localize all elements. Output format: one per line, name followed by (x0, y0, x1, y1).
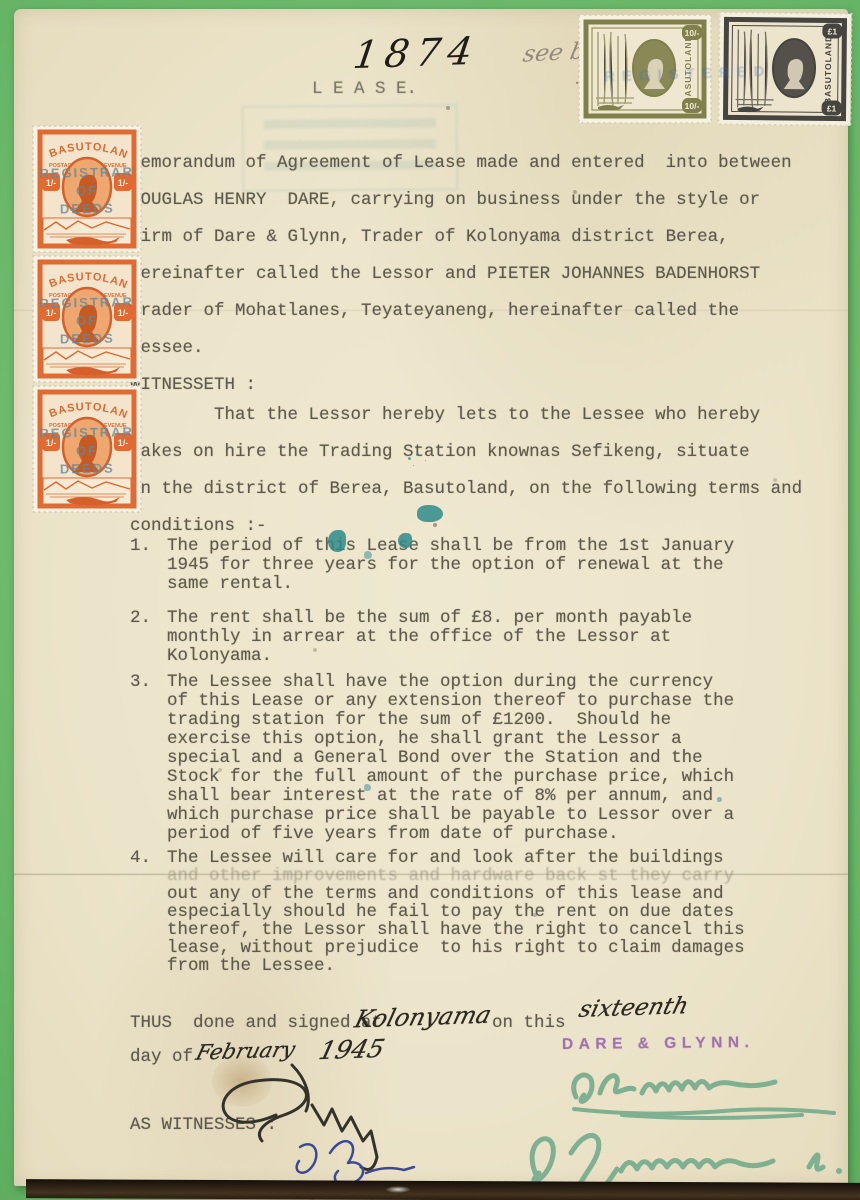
typed-line: lease, without prejudice to his right to… (167, 939, 745, 957)
clause-3: 3. The Lessee shall have the option duri… (130, 673, 734, 844)
revenue-stamp-strip: BASUTOLAND POSTAGE REVENUE ♛ 1/- 1/- REG… (32, 125, 142, 515)
typed-line: The rent shall be the sum of £8. per mon… (167, 609, 692, 628)
table-edge-shadow (26, 1179, 860, 1200)
typed-line: which purchase price shall be payable to… (167, 806, 734, 825)
place-handwriting: Kolonyama (352, 1001, 495, 1034)
typed-line: The Lessee shall have the option during … (167, 673, 734, 692)
typed-line: especially should he fail to pay the ren… (167, 903, 745, 921)
typed-line: exercise this option, he shall grant the… (167, 730, 734, 749)
document-title: L E A S E. (312, 79, 417, 99)
typed-line: same rental. (167, 575, 734, 594)
table-edge-glint (385, 1186, 411, 1193)
clause-number: 1. (130, 537, 167, 594)
recital-paragraph: That the Lessor hereby lets to the Lesse… (130, 397, 802, 545)
typed-line: and other improvements and hardware back… (167, 867, 745, 885)
overprint-line: OF (76, 443, 98, 458)
ink-blot (364, 784, 371, 791)
overprint-line: DEEDS (60, 201, 115, 217)
typed-line: Kolonyama. (167, 647, 692, 666)
clause-2: 2. The rent shall be the sum of £8. per … (130, 609, 692, 666)
typed-line: of this Lease or any extension thereof t… (167, 692, 734, 711)
company-rubber-stamp: DARE & GLYNN. (562, 1034, 755, 1054)
basutoland-1s-stamp: BASUTOLAND POSTAGE REVENUE ♛ 1/- 1/- REG… (32, 255, 142, 383)
basutoland-1s-stamp: BASUTOLAND POSTAGE REVENUE ♛ 1/- 1/- REG… (32, 125, 142, 253)
day-handwriting: sixteenth (576, 993, 691, 1023)
lessor-signature (562, 1057, 860, 1121)
typed-line: Lessee. (130, 330, 792, 367)
clause-lines: The rent shall be the sum of £8. per mon… (167, 609, 692, 666)
typed-line: shall bear interest at the rate of 8% pe… (167, 787, 734, 806)
typed-line: in the district of Berea, Basutoland, on… (130, 471, 802, 508)
ledger-number-handwriting: 1874 (351, 29, 483, 77)
clause-number: 3. (130, 673, 167, 844)
typed-line: firm of Dare & Glynn, Trader of Kolonyam… (130, 219, 792, 256)
stamp-value: 1/- (118, 178, 129, 188)
clause-4: 4. The Lessee will care for and look aft… (130, 849, 745, 975)
ink-blot (364, 551, 372, 559)
clause-number: 2. (130, 609, 167, 666)
typed-line: period of five years from date of purcha… (167, 825, 734, 844)
overprint-line: REGISTRAR (39, 164, 134, 181)
typed-line: DOUGLAS HENRY DARE, carrying on business… (130, 182, 792, 219)
typed-line: takes on hire the Trading Station knowna… (130, 434, 802, 471)
typed-line: special and a General Bond over the Stat… (167, 749, 734, 768)
typed-line: Stock for the full amount of the purchas… (167, 768, 734, 787)
clause-lines: The Lessee will care for and look after … (167, 849, 745, 975)
photo-background: 1874 see back L E A S E. Memorandum of A… (0, 0, 860, 1200)
ink-blot (717, 797, 722, 802)
paper-speckles (14, 9, 16, 11)
typed-line: monthly in arrear at the office of the L… (167, 628, 692, 647)
overprint-line: DEEDS (60, 331, 115, 347)
execution-typed-prefix: THUS done and signed at (130, 1013, 382, 1033)
typed-line: thereof, the Lessor shall have the right… (167, 921, 745, 939)
overprint-line: DEEDS (60, 461, 115, 477)
overprint-line: OF (76, 313, 98, 328)
typed-line: from the Lessee. (167, 957, 745, 975)
stamp-value: 1/- (118, 308, 129, 318)
ink-blot (417, 505, 443, 522)
typed-line: out any of the terms and conditions of t… (167, 885, 745, 903)
typed-line: Memorandum of Agreement of Lease made an… (130, 145, 792, 182)
execution-typed-on-this: on this (492, 1013, 566, 1033)
typed-line: That the Lessor hereby lets to the Lesse… (130, 397, 802, 434)
basutoland-1s-stamp: BASUTOLAND POSTAGE REVENUE ♛ 1/- 1/- REG… (32, 385, 142, 513)
clause-1: 1. The period of this Lease shall be fro… (130, 537, 734, 594)
overprint-line: OF (76, 183, 98, 198)
ink-blot (328, 530, 346, 552)
ink-speckles (408, 457, 411, 460)
overprint-line: REGISTRAR (39, 294, 134, 311)
typed-line: Trader of Mohatlanes, Teyateyaneng, here… (130, 293, 792, 330)
ink-blot (398, 533, 412, 548)
typed-line: The period of this Lease shall be from t… (167, 537, 734, 556)
execution-typed-day-of: day of (130, 1047, 193, 1067)
clause-lines: The period of this Lease shall be from t… (167, 537, 734, 594)
lease-document-page: 1874 see back L E A S E. Memorandum of A… (14, 9, 848, 1186)
clause-lines: The Lessee shall have the option during … (167, 673, 734, 844)
stamp-value: 1/- (118, 438, 129, 448)
typed-line: hereinafter called the Lessor and PIETER… (130, 256, 792, 293)
typed-line: The Lessee will care for and look after … (167, 849, 745, 867)
clause-number: 4. (130, 849, 167, 975)
typed-line: trading station for the sum of £1200. Sh… (167, 711, 734, 730)
opening-paragraph: Memorandum of Agreement of Lease made an… (130, 145, 792, 404)
overprint-line: REGISTRAR (39, 424, 134, 441)
typed-line: 1945 for three years for the option of r… (167, 556, 734, 575)
